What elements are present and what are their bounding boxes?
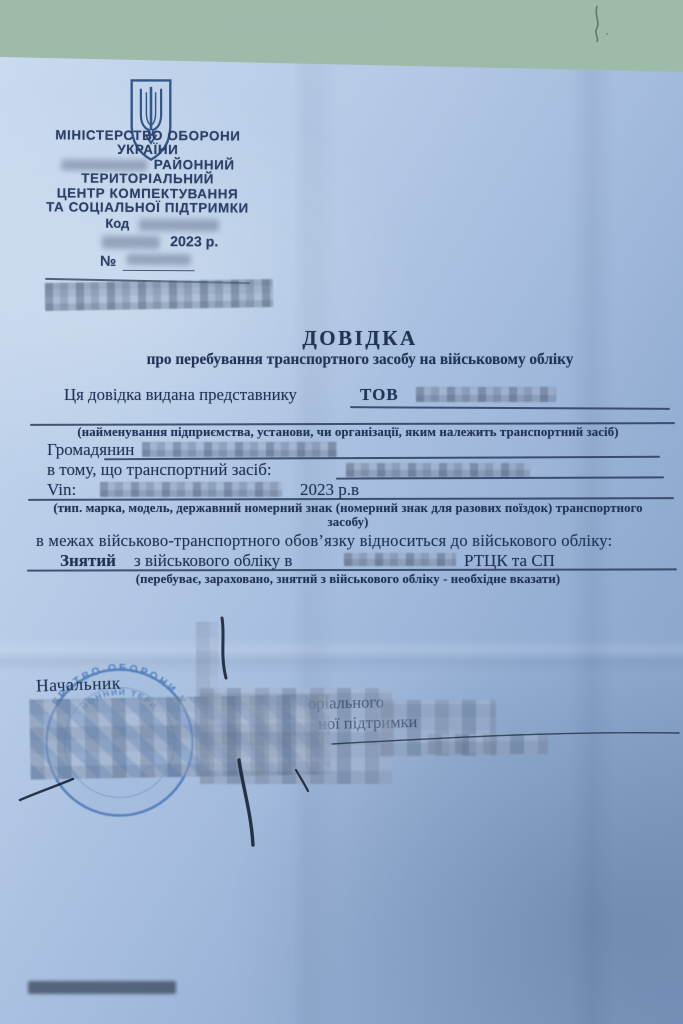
photo-of-document: МІНІСТЕРСТВО ОБОРОНИ УКРАЇНИ РАЙОННИЙ ТЕ… [0,0,683,1024]
redacted-region [28,981,176,994]
table-scratch-mark [585,4,617,44]
signature-pen-strokes [0,0,683,1024]
certificate-paper: МІНІСТЕРСТВО ОБОРОНИ УКРАЇНИ РАЙОННИЙ ТЕ… [0,0,683,1024]
